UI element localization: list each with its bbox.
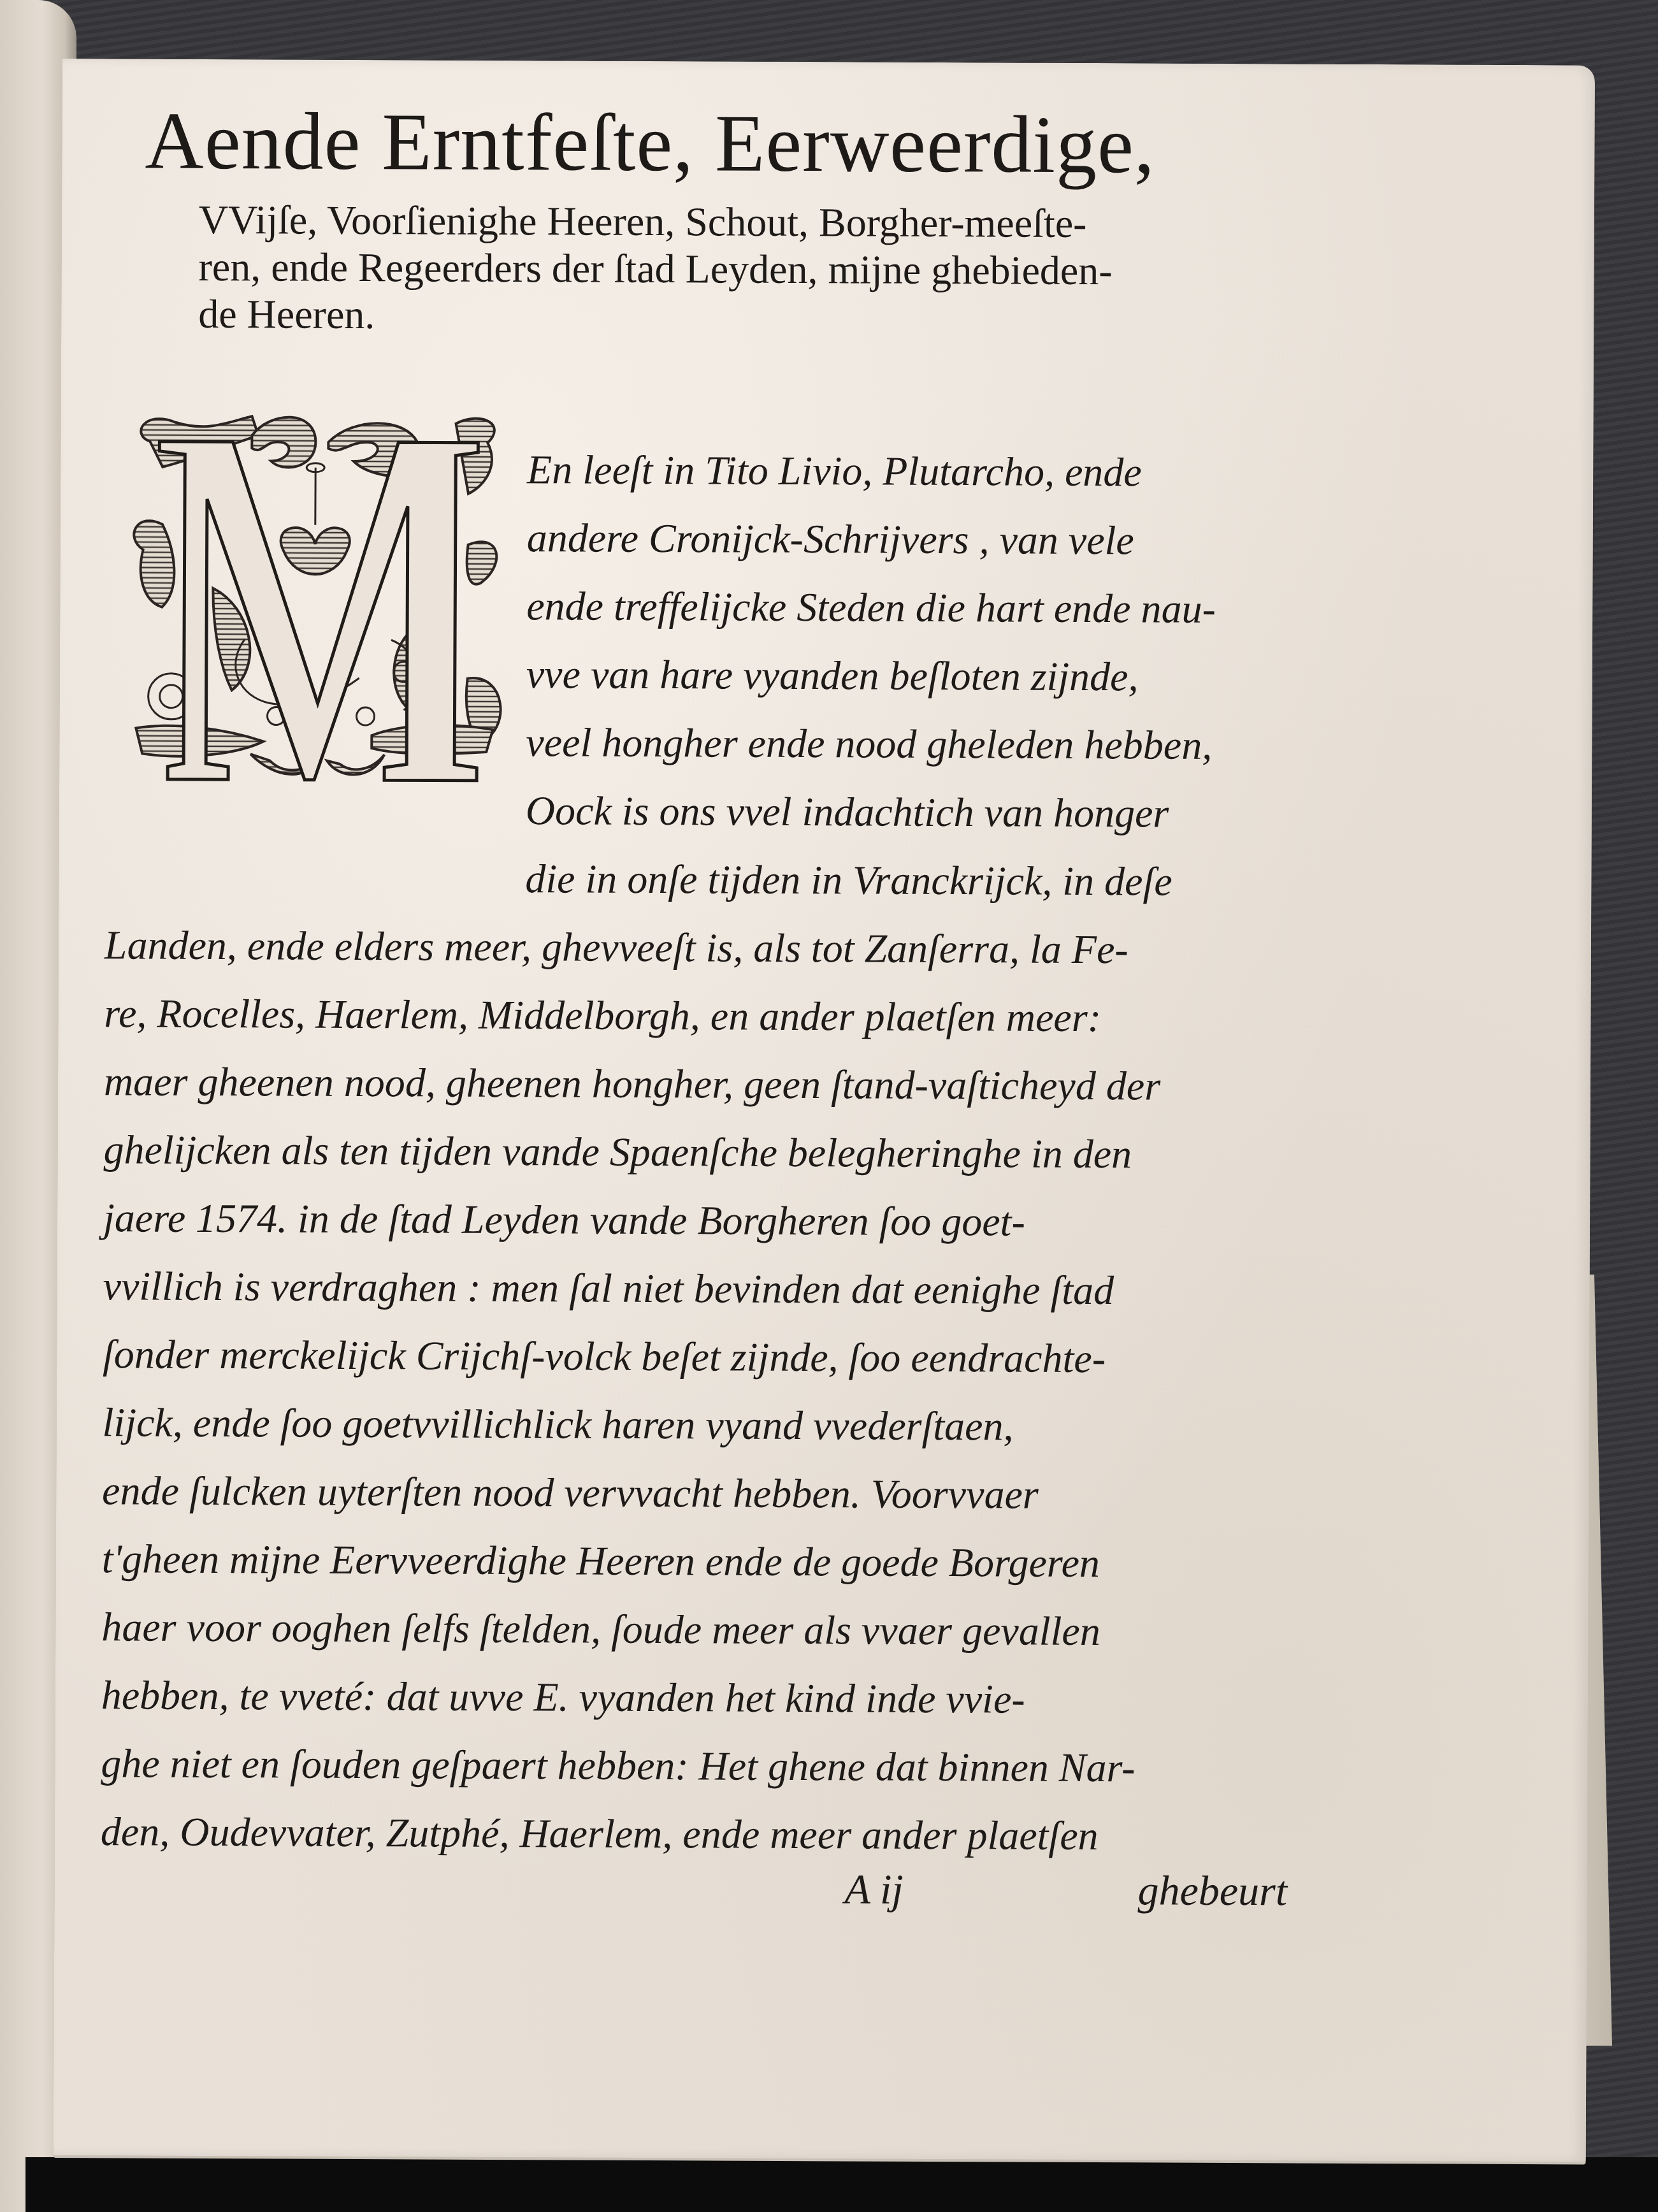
text-line: veel hongher ende nood gheleden hebben, xyxy=(526,719,1212,769)
text-line: ſonder merckelijck Crijchſ-volck beſet z… xyxy=(103,1331,1106,1382)
text-line: ghe niet en ſouden geſpaert hebben: Het … xyxy=(101,1740,1135,1791)
text-line: den, Oudevvater, Zutphé, Haerlem, ende m… xyxy=(101,1808,1099,1860)
text-line: ghelijcken als ten tijden vande Spaenſch… xyxy=(103,1126,1132,1178)
subtitle-line: de Heeren. xyxy=(198,291,1294,343)
text-line: jaere 1574. in de ſtad Leyden vande Borg… xyxy=(103,1194,1025,1245)
dedication-title: Aende Erntfeſte, Eerweerdige, xyxy=(145,94,1420,194)
text-line: hebben, te vveté: dat uvve E. vyanden he… xyxy=(101,1672,1025,1723)
decorated-initial-m-icon xyxy=(123,396,514,793)
bottom-shadow xyxy=(25,2157,1658,2212)
text-line: andere Cronijck-Schrijvers , van vele xyxy=(527,514,1134,564)
text-line: t'gheen mijne Eervveerdighe Heeren ende … xyxy=(102,1535,1100,1587)
text-line: lijck, ende ſoo goetvvillichlick haren v… xyxy=(103,1399,1014,1450)
dedication-subtitle: VVijſe, Voorſienighe Heeren, Schout, Bor… xyxy=(198,196,1295,343)
text-line: En leeſt in Tito Livio, Plutarcho, ende xyxy=(527,446,1142,496)
subtitle-line: ren, ende Regeerders der ſtad Leyden, mi… xyxy=(198,243,1294,296)
text-line: maer gheenen nood, gheenen hongher, geen… xyxy=(104,1058,1160,1110)
body-text: En leeſt in Tito Livio, Plutarcho, ende … xyxy=(107,377,1381,383)
text-line: vve van hare vyanden beſloten zijnde, xyxy=(526,651,1139,700)
text-line: Landen, ende elders meer, ghevveeſt is, … xyxy=(105,922,1128,973)
subtitle-line: VVijſe, Voorſienighe Heeren, Schout, Bor… xyxy=(199,196,1295,249)
catchword: ghebeurt xyxy=(1137,1867,1287,1916)
book-page: Aende Erntfeſte, Eerweerdige, VVijſe, Vo… xyxy=(54,59,1595,2162)
text-line: re, Rocelles, Haerlem, Middelborgh, en a… xyxy=(104,990,1101,1041)
text-line: die in onſe tijden in Vranckrijck, in de… xyxy=(525,855,1172,905)
text-line: ende treffelijcke Steden die hart ende n… xyxy=(526,582,1216,633)
text-line: Oock is ons vvel indachtich van honger xyxy=(526,787,1169,837)
text-line: haer voor ooghen ſelfs ſtelden, ſoude me… xyxy=(101,1603,1100,1655)
text-line: vvillich is verdraghen : men ſal niet be… xyxy=(103,1262,1114,1314)
text-line: ende ſulcken uyterſten nood vervvacht he… xyxy=(102,1467,1039,1518)
signature-mark: A ij xyxy=(844,1865,904,1914)
